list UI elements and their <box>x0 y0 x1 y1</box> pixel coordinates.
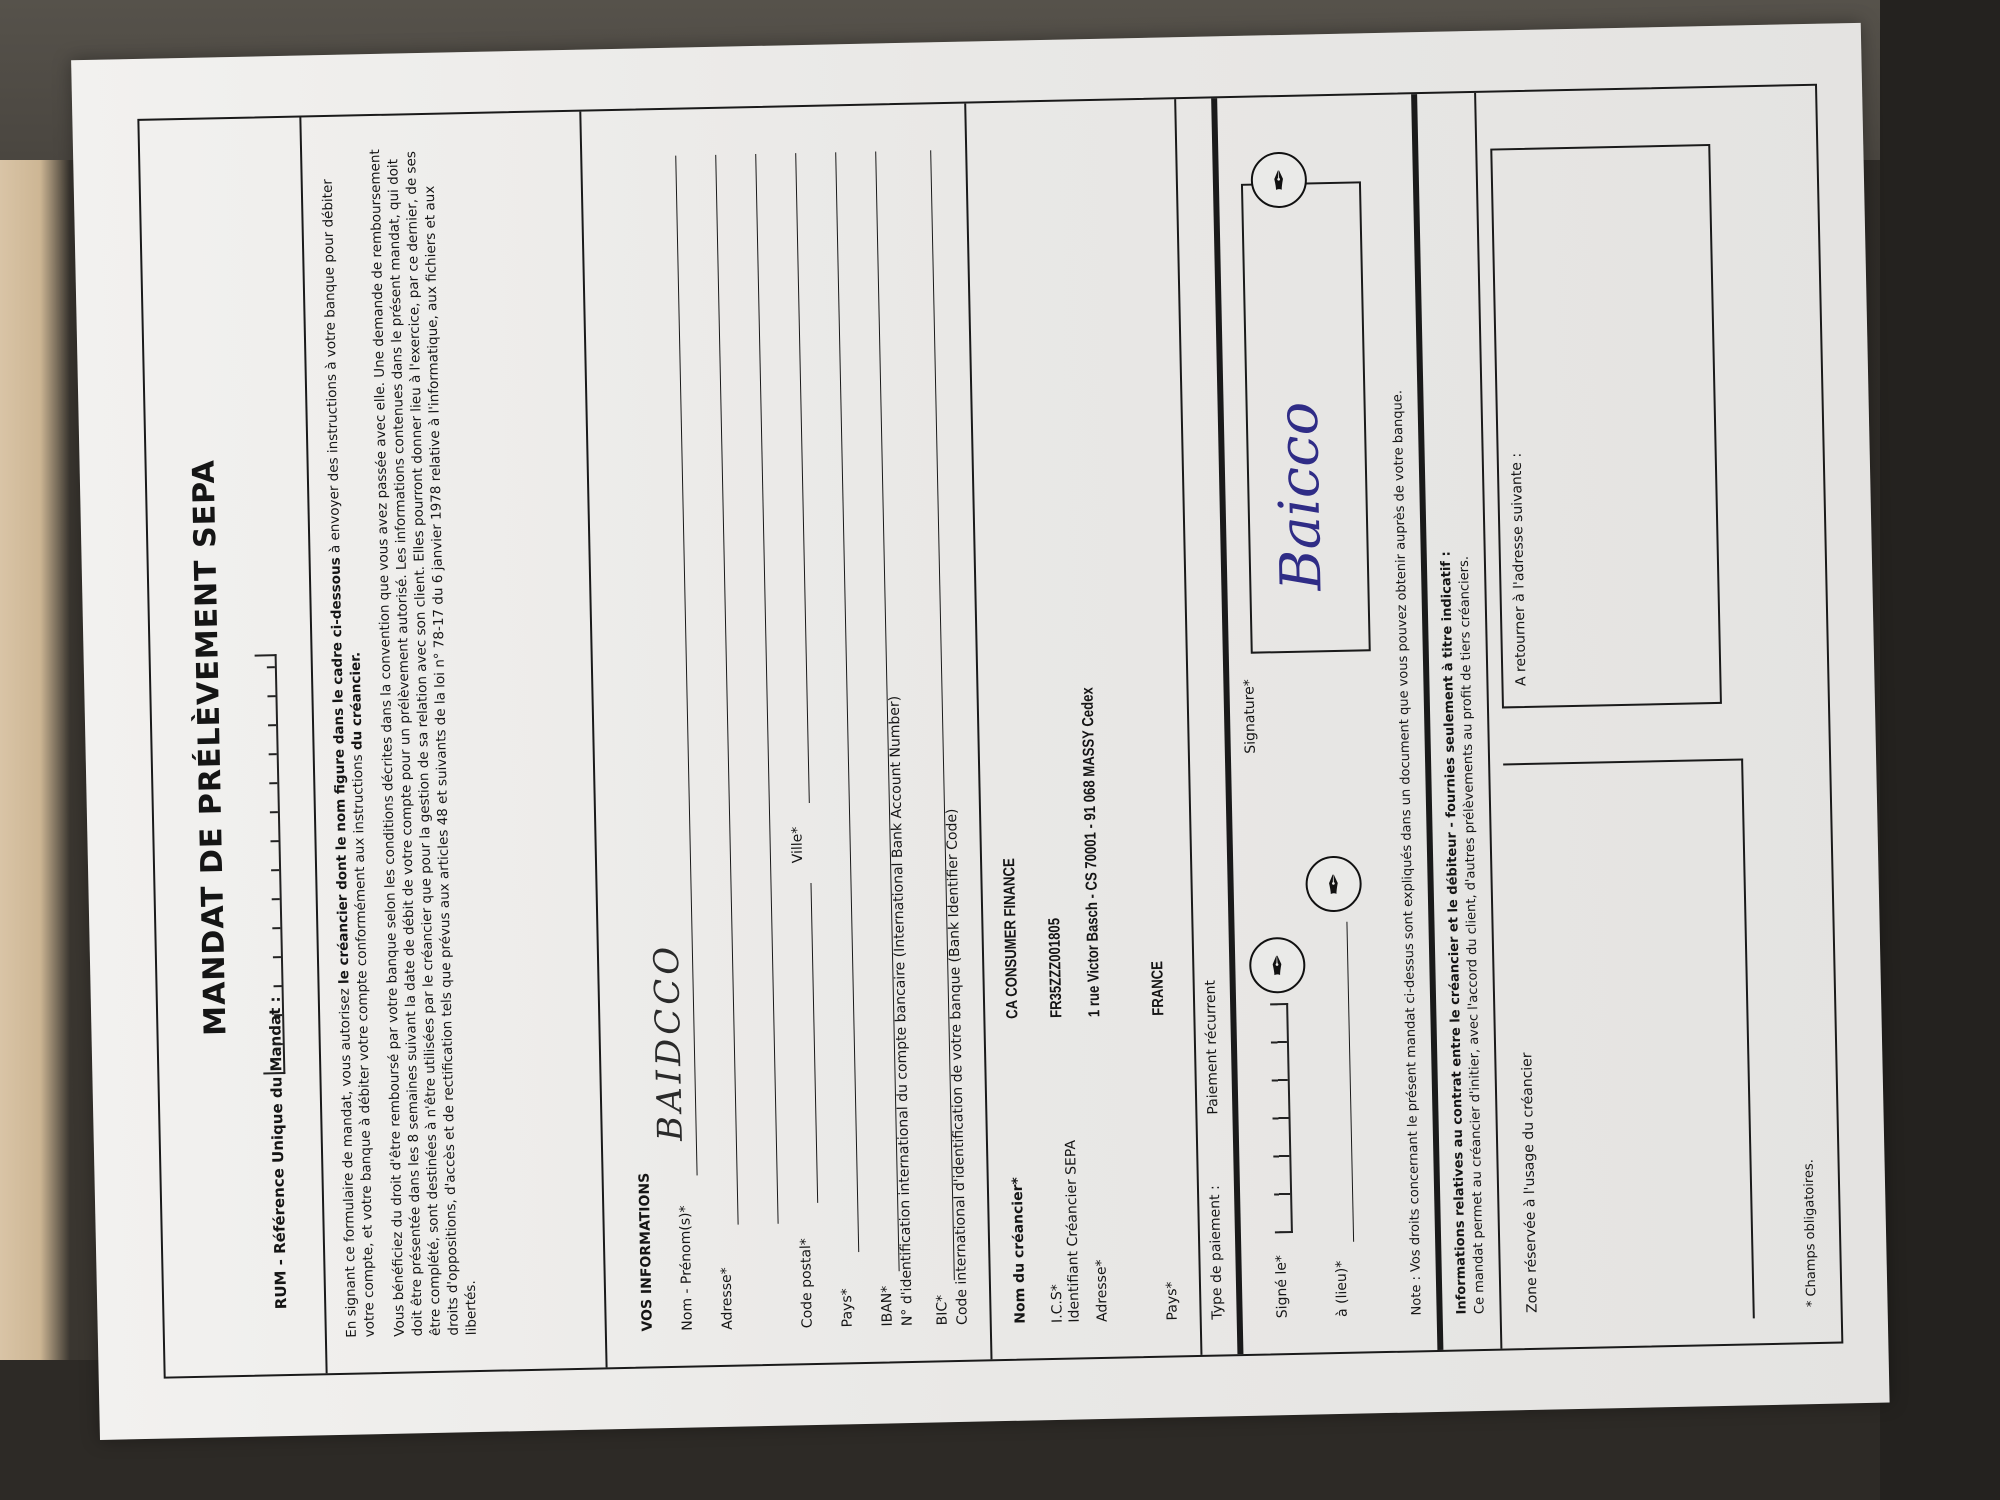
page-title: MANDAT DE PRÉLÈVEMENT SEPA <box>179 119 240 1375</box>
place-label: à (lieu)* <box>1334 1261 1351 1318</box>
signature-section-top-border <box>1211 98 1243 1354</box>
divider <box>1174 99 1202 1355</box>
intro-text: En signant ce formulaire de mandat, vous… <box>318 145 493 1338</box>
city-label: Ville* <box>789 827 806 864</box>
creditor-name-value: CA CONSUMER FINANCE <box>1001 858 1022 1019</box>
creditor-country-value: FRANCE <box>1149 961 1168 1016</box>
bic-label: BIC* <box>934 1295 951 1326</box>
divider <box>964 104 992 1360</box>
signed-date-boxes[interactable] <box>1270 1003 1293 1233</box>
signed-on-label: Signé le* <box>1273 1255 1290 1318</box>
postal-code-field[interactable] <box>810 883 818 1203</box>
background-edge <box>1880 0 2000 1500</box>
creditor-address-value: 1 rue Victor Basch - CS 70001 - 91 068 M… <box>1079 687 1104 1017</box>
city-field[interactable] <box>795 153 810 803</box>
mandatory-fields-note: * Champs obligatoires. <box>1801 1159 1819 1307</box>
place-field[interactable] <box>1346 922 1354 1242</box>
ics-value: FR35ZZZ001805 <box>1046 918 1066 1018</box>
signature-box[interactable]: Baicco <box>1241 181 1371 653</box>
signature-value: Baicco <box>1266 401 1335 591</box>
iban-label: IBAN* <box>879 1286 896 1327</box>
ics-label: I.C.S* <box>1049 1284 1066 1323</box>
sepa-mandate-paper: MANDAT DE PRÉLÈVEMENT SEPA RUM - Référen… <box>71 23 1890 1440</box>
ics-description: Identifiant Créancier SEPA <box>1063 1140 1083 1323</box>
payment-type-label: Type de paiement : <box>1207 1185 1226 1320</box>
creditor-name-label: Nom du créancier* <box>1010 1177 1029 1324</box>
debtor-section-title: VOS INFORMATIONS <box>637 1173 656 1332</box>
bic-description: Code international d'identification de v… <box>944 808 971 1325</box>
pen-icon: ✒ <box>1249 937 1306 994</box>
pen-icon: ✒ <box>1305 855 1362 912</box>
postal-code-label: Code postal* <box>798 1238 816 1328</box>
address-field[interactable] <box>715 155 738 1225</box>
address-field-line-2[interactable] <box>755 154 778 1224</box>
country-label: Pays* <box>839 1288 856 1327</box>
name-value: BAIDCCO <box>647 942 691 1141</box>
creditor-country-label: Pays* <box>1164 1281 1181 1320</box>
payment-type-value: Paiement récurrent <box>1203 980 1222 1115</box>
creditor-address-label: Adresse* <box>1093 1259 1110 1322</box>
form-frame: MANDAT DE PRÉLÈVEMENT SEPA RUM - Référen… <box>137 84 1843 1379</box>
intro-paragraph-2: Vous bénéficiez du droit d'être rembours… <box>366 145 481 1337</box>
name-label: Nom - Prénom(s)* <box>677 1205 696 1330</box>
creditor-zone-box <box>1503 758 1755 1323</box>
signature-label: Signature* <box>1241 679 1259 754</box>
divider <box>579 112 607 1368</box>
country-field[interactable] <box>835 152 859 1252</box>
address-label: Adresse* <box>719 1267 736 1330</box>
iban-description: N° d'identification international du com… <box>887 696 916 1327</box>
return-address-box: A retourner à l'adresse suivante : <box>1490 144 1722 708</box>
return-address-label: A retourner à l'adresse suivante : <box>1509 453 1530 687</box>
rum-input-boxes[interactable] <box>255 654 286 1074</box>
